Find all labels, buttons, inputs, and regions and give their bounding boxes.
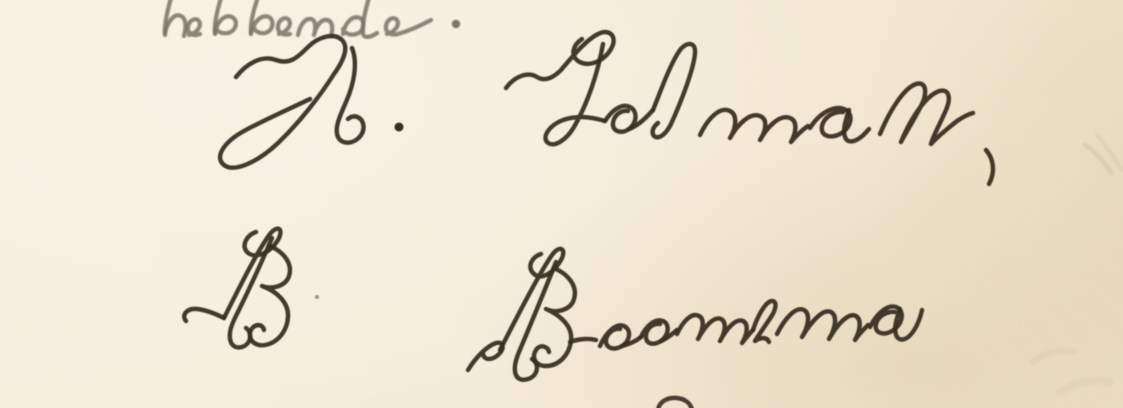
faint-ink-bleedthrough-right-edge [1032, 135, 1123, 408]
stroke-h-period [395, 123, 404, 132]
cropped-stroke-bottom-center [658, 398, 692, 408]
handwritten-word-hebbende [165, 0, 460, 37]
stroke-h-main [220, 36, 345, 168]
stroke-comma [986, 150, 993, 184]
handwriting-layer [0, 0, 1123, 408]
signature-h-polman [220, 32, 993, 184]
document-page: hebbende. H. Polman, B Boomsma [0, 0, 1123, 408]
signature-b-boomsma [184, 229, 922, 380]
stroke-b-lead [184, 309, 224, 321]
